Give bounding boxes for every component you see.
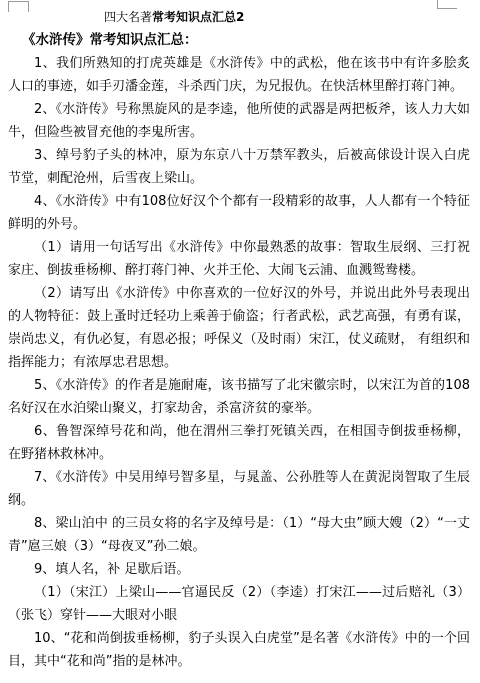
- paragraph-9: 9、填人名，补 足歇后语。: [8, 558, 470, 581]
- paragraph-9-sub-1: （1）（宋江）上梁山——官逼民反（2）（李逵）打宋江——过后赔礼（3）（张飞）穿…: [8, 581, 470, 627]
- doc-title-regular-part: 四大名著: [104, 10, 152, 24]
- text-boundary-mark-top-right-v: [437, 0, 438, 8]
- text-boundary-mark-top-right-h: [437, 8, 457, 9]
- text-boundary-mark-top-left-h: [8, 1, 29, 2]
- document-page: 四大名著常考知识点汇总2 《水浒传》常考知识点汇总： 1、我们所熟知的打虎英雄是…: [0, 0, 480, 683]
- paragraph-2: 2、《水浒传》号称黑旋风的是李逵，他所使的武器是两把板斧，该人力大如牛，但险些被…: [8, 98, 470, 144]
- text-boundary-mark-top-left-v1: [8, 1, 9, 12]
- paragraph-8: 8、梁山泊中 的三员女将的名字及绰号是：（1）“母大虫”顾大嫂（2）“一丈青”扈…: [8, 512, 470, 558]
- paragraph-3: 3、绰号豹子头的林冲，原为东京八十万禁军教头，后被高俅设计误入白虎节堂，刺配沧州…: [8, 144, 470, 190]
- paragraph-7: 7、《水浒传》中吴用绰号智多星，与晁盖、公孙胜等人在黄泥岗智取了生辰纲。: [8, 466, 470, 512]
- paragraph-6: 6、鲁智深绰号花和尚，他在渭州三拳打死镇关西，在相国寺倒拔垂杨柳，在野猪林救林冲…: [8, 420, 470, 466]
- text-boundary-mark-top-left-v2: [28, 1, 29, 12]
- paragraph-4: 4、《水浒传》中有108位好汉个个都有一段精彩的故事，人人都有一个特征鲜明的外号…: [8, 190, 470, 236]
- paragraph-4-sub-2: （2）请写出《水浒传》中你喜欢的一位好汉的外号，并说出此外号表现出的人物特征：鼓…: [8, 282, 470, 374]
- paragraph-4-sub-1: （1）请用一句话写出《水浒传》中你最熟悉的故事：智取生辰纲、三打祝家庄、倒拔垂杨…: [8, 236, 470, 282]
- doc-title-bold-part: 常考知识点汇总2: [152, 10, 244, 24]
- paragraph-1: 1、我们所熟知的打虎英雄是《水浒传》中的武松，他在该书中有许多脍炙人口的事迹，如…: [8, 52, 470, 98]
- paragraph-10: 10、“花和尚倒拔垂杨柳，豹子头误入白虎堂”是名著《水浒传》中的一个回目，其中“…: [8, 627, 470, 673]
- doc-title: 四大名著常考知识点汇总2: [104, 6, 470, 29]
- paragraph-5: 5、《水浒传》的作者是施耐庵，该书描写了北宋徽宗时，以宋江为首的108名好汉在水…: [8, 374, 470, 420]
- section-heading: 《水浒传》常考知识点汇总：: [22, 29, 470, 52]
